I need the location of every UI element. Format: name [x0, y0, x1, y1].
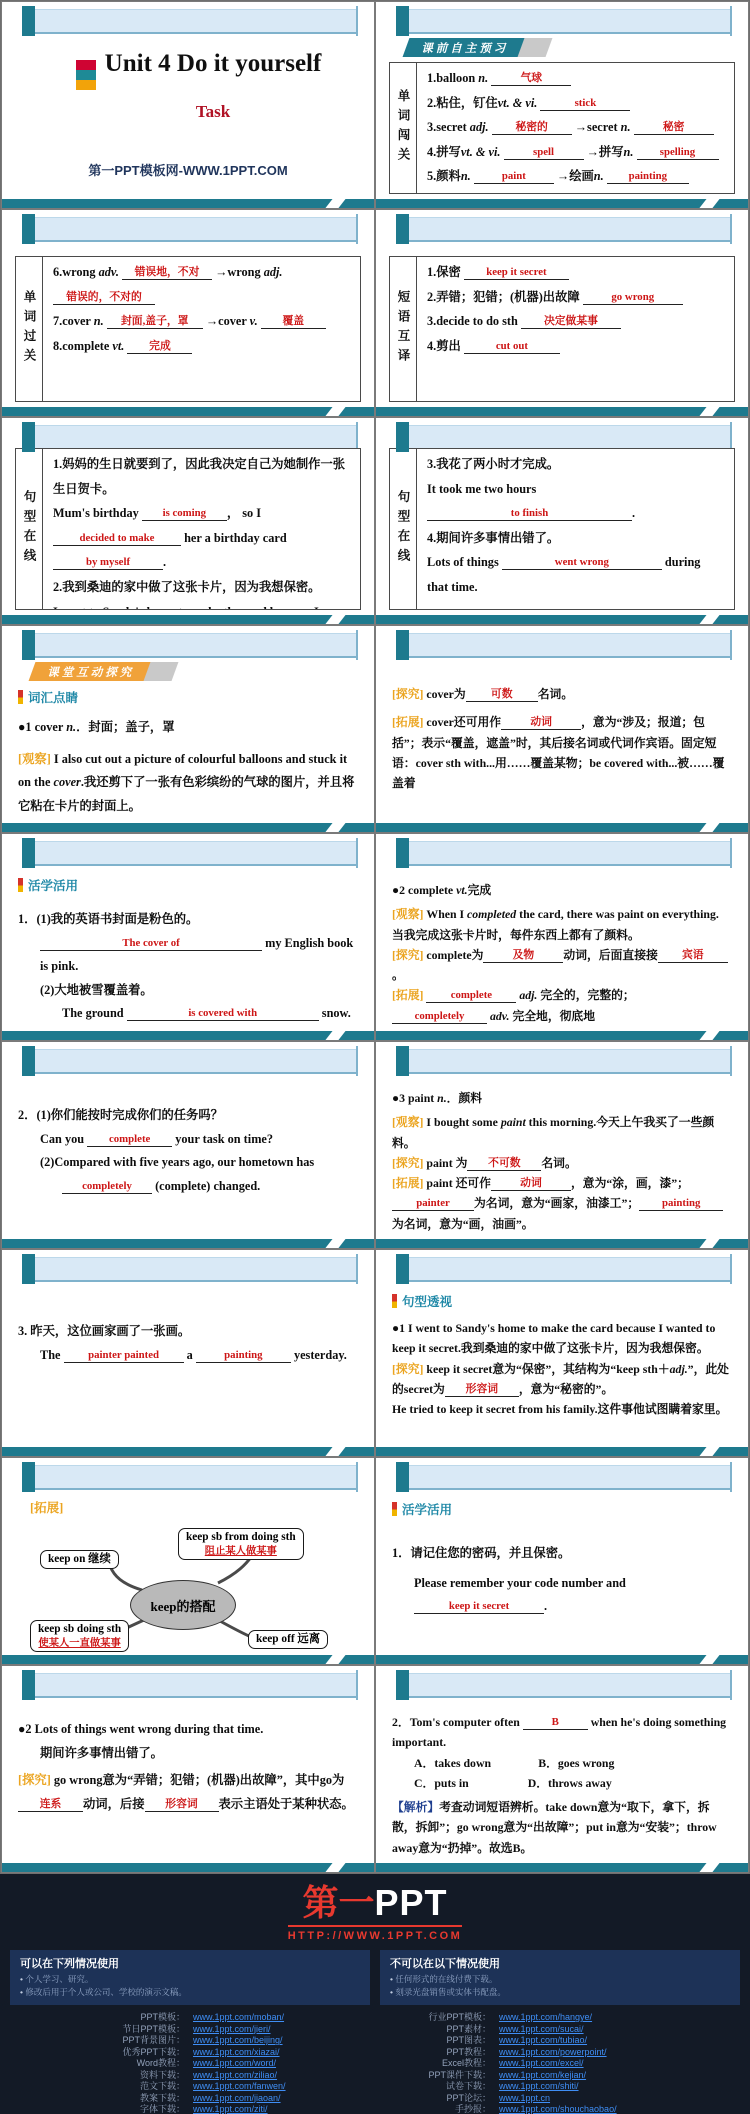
- table-side-label: 短语互译: [390, 257, 417, 401]
- usage-denied-box: 不可以在以下情况使用 任何形式的在线付费下载。刻录光盘销售或实体书配盘。: [380, 1950, 740, 2005]
- text-run: 3. 昨天，这位画家画了一张画。: [18, 1324, 190, 1338]
- accent-square-icon: [396, 1462, 409, 1492]
- slide-top-band: [22, 9, 358, 34]
- diagram-node-en: keep on 继续: [48, 1553, 111, 1565]
- answer-blank: cut out: [464, 340, 560, 354]
- footer-link[interactable]: www.1ppt.com/fanwen/: [193, 2081, 371, 2092]
- text-run: (complete) changed.: [152, 1179, 260, 1193]
- text-line: completely adv. 完全地，彻底地: [392, 1006, 732, 1026]
- text-run: complete为: [423, 948, 483, 962]
- text-run: ，意为“涂，画，漆”；: [571, 1176, 689, 1190]
- text-run: (2)Compared with five years ago, our hom…: [40, 1155, 314, 1169]
- text-line: 3. 昨天，这位画家画了一张画。: [18, 1320, 358, 1344]
- footer-link[interactable]: www.1ppt.com/hangye/: [499, 2012, 677, 2023]
- text-run: [探究]: [392, 687, 423, 701]
- footer-link[interactable]: www.1ppt.com/excel/: [499, 2058, 677, 2069]
- exercise-table: 句型在线3.我花了两小时才完成。It took me two hours to …: [389, 448, 735, 610]
- slide-top-band: [22, 841, 358, 866]
- accent-bar: [76, 80, 96, 90]
- text-run: vt.: [112, 339, 124, 353]
- footer-link-label: PPT课件下载：: [379, 2070, 491, 2081]
- slide-bottom-bar: [376, 1655, 748, 1664]
- text-run: adj.: [670, 1362, 688, 1376]
- slide-content: 2．(1)你们能按时完成你们的任务吗？Can you complete your…: [2, 1072, 374, 1238]
- text-run: v.: [250, 314, 258, 328]
- slide-content: 句型透视●1 I went to Sandy's home to make th…: [376, 1280, 748, 1446]
- text-line: 1．(1)我的英语书封面是粉色的。: [18, 908, 358, 932]
- accent-square-icon: [396, 1046, 409, 1076]
- text-run: 2．(1)你们能按时完成你们的任务吗？: [18, 1108, 223, 1122]
- slide-bottom-bar: [376, 199, 748, 208]
- text-run: (2)大地被雪覆盖着。: [40, 983, 153, 997]
- text-line: 3.我花了两小时才完成。: [427, 452, 724, 477]
- text-line: ●3 paint n.．颜料: [392, 1088, 732, 1108]
- text-line: 1.保密 keep it secret: [427, 260, 724, 285]
- text-run: C．puts in D．throws away: [414, 1776, 612, 1790]
- text-run: Mum's birthday: [53, 506, 142, 520]
- slide-panel-14: 句型透视●1 I went to Sandy's home to make th…: [376, 1250, 748, 1456]
- text-line: 3.decide to do sth 决定做某事: [427, 309, 724, 334]
- slide-top-band: [396, 9, 732, 34]
- text-line: It took me two hours to finish.: [427, 477, 724, 526]
- diagram-node: keep off 远离: [248, 1630, 328, 1649]
- logo-text-en: PPT: [375, 1882, 448, 1923]
- text-run: The: [40, 1348, 64, 1362]
- text-run: yesterday.: [291, 1348, 347, 1362]
- table-content-cell: 1.保密 keep it secret2.弄错；犯错；(机器)出故障 go wr…: [417, 257, 734, 401]
- text-run: 4.期间许多事情出错了。: [427, 531, 559, 545]
- slide-panel-10: ●2 complete vt.完成[观察] When I completed t…: [376, 834, 748, 1040]
- accent-square-icon: [396, 838, 409, 868]
- text-line: [拓展] complete adj. 完全的，完整的；: [392, 985, 732, 1005]
- text-line: (2)Compared with five years ago, our hom…: [18, 1151, 358, 1175]
- table-side-label: 句型在线: [390, 449, 417, 609]
- footer-link-label: 范文下载：: [73, 2081, 185, 2092]
- table-content-cell: 1.妈妈的生日就要到了，因此我决定自己为她制作一张生日贺卡。Mum's birt…: [43, 449, 360, 609]
- text-run: [拓展]: [392, 988, 423, 1002]
- text-run: 名词。: [541, 1156, 576, 1170]
- answer-blank: completely: [392, 1010, 487, 1024]
- text-run: Please remember your code number and: [414, 1576, 626, 1590]
- text-run: ●2 Lots of things went wrong during that…: [18, 1722, 263, 1736]
- footer-link-label: 资料下载：: [73, 2070, 185, 2081]
- text-run: ●2 complete: [392, 883, 456, 897]
- marker-bar-icon: [392, 1294, 397, 1308]
- diagram-node: keep sb from doing sth阻止某人做某事: [178, 1528, 304, 1560]
- text-run: n.: [461, 169, 471, 183]
- text-run: 6.wrong: [53, 265, 99, 279]
- accent-square-icon: [22, 1670, 35, 1700]
- answer-blank: decided to make: [53, 532, 181, 546]
- answer-blank: spelling: [637, 146, 719, 160]
- section-ribbon: 课堂互动探究: [29, 662, 155, 681]
- text-run: 3.decide to do sth: [427, 314, 521, 328]
- diagram-node-en: keep sb from doing sth: [186, 1531, 296, 1543]
- slide-top-band: [396, 841, 732, 866]
- text-line: 6.wrong adv. 错误地，不对 →wrong adj. 错误的，不对的: [53, 260, 350, 309]
- slide-content: 2．Tom's computer often B when he's doing…: [376, 1696, 748, 1862]
- text-run: 2.弄错；犯错；(机器)出故障: [427, 290, 583, 304]
- text-run: He tried to keep it secret from his fami…: [392, 1402, 727, 1416]
- diagram-node-cn: 使某人一直做某事: [38, 1637, 121, 1650]
- answer-blank: complete: [87, 1133, 172, 1147]
- slide-top-band: [22, 1049, 358, 1074]
- text-run: paint: [501, 1115, 526, 1129]
- text-run: →secret: [572, 120, 621, 134]
- subsection-title: 句型透视: [402, 1292, 452, 1310]
- watermark-site-text: 第一PPT模板网-WWW.1PPT.COM: [2, 160, 374, 179]
- answer-blank: painting: [639, 1197, 723, 1211]
- diagram-node-cn: 阻止某人做某事: [186, 1545, 296, 1558]
- footer-link-label: Word教程：: [73, 2058, 185, 2069]
- answer-blank: 覆盖: [261, 315, 326, 329]
- slide-panel-2: 课前自主预习单词闯关1.balloon n. 气球2.粘住，钉住vt. & vi…: [376, 2, 748, 208]
- footer-link-label: 手抄报：: [379, 2104, 491, 2114]
- footer-link[interactable]: www.1ppt.com/powerpoint/: [499, 2047, 677, 2058]
- text-run: [探究]: [18, 1773, 51, 1787]
- marker-bar-icon: [392, 1502, 397, 1516]
- footer-link-label: 优秀PPT下载：: [73, 2047, 185, 2058]
- accent-square-icon: [22, 422, 35, 452]
- text-run: vt.: [456, 883, 467, 897]
- diagram-node: keep sb doing sth使某人一直做某事: [30, 1620, 129, 1652]
- text-run: paint 为: [423, 1156, 467, 1170]
- slide-panel-13: 3. 昨天，这位画家画了一张画。The painter painted a pa…: [2, 1250, 374, 1456]
- footer-link-label: PPT图表：: [379, 2035, 491, 2046]
- text-line: 4.期间许多事情出错了。: [427, 526, 724, 551]
- slide-panel-8: [探究] cover为可数名词。[拓展] cover还可用作动词，意为“涉及；报…: [376, 626, 748, 832]
- text-run: your task on time?: [172, 1132, 273, 1146]
- slide-bottom-bar: [376, 1447, 748, 1456]
- subsection-header: 句型透视: [392, 1292, 732, 1310]
- text-line: 【解析】考查动词短语辨析。take down意为“取下，拿下，拆散，拆卸”；go…: [392, 1797, 732, 1858]
- usage-terms: 可以在下列情况使用 个人学习、研究。修改后用于个人或公司、学校的演示文稿。 不可…: [10, 1950, 740, 2005]
- footer-link[interactable]: www.1ppt.com/beijing/: [193, 2035, 371, 2046]
- text-line: ●1 cover n.．封面；盖子，罩: [18, 716, 358, 740]
- slide-top-band: [22, 425, 358, 450]
- footer-link[interactable]: www.1ppt.com/xiazai/: [193, 2047, 371, 2058]
- text-line: ●2 Lots of things went wrong during that…: [18, 1718, 358, 1742]
- text-run: I went to Sandy's home to make the card …: [53, 605, 319, 609]
- text-run: ．封面；盖子，罩: [76, 720, 174, 734]
- text-line: [探究] keep it secret意为“保密”，其结构为“keep sth＋…: [392, 1359, 732, 1400]
- answer-blank: 秘密的: [492, 121, 572, 135]
- text-line: 连系动词，后接形容词表示主语处于某种状态。: [18, 1793, 358, 1817]
- answer-blank: by myself: [53, 556, 163, 570]
- text-run: paint 还可作: [423, 1176, 491, 1190]
- text-line: The cover of my English book is pink.: [18, 932, 358, 979]
- accent-square-icon: [22, 1046, 35, 1076]
- text-line: 3.secret adj. 秘密的 →secret n. 秘密: [427, 115, 724, 140]
- slide-content: [探究] cover为可数名词。[拓展] cover还可用作动词，意为“涉及；报…: [376, 656, 748, 822]
- accent-square-icon: [396, 1670, 409, 1700]
- text-run: I bought some: [423, 1115, 500, 1129]
- slide-panel-5: 句型在线1.妈妈的生日就要到了，因此我决定自己为她制作一张生日贺卡。Mum's …: [2, 418, 374, 624]
- usage-allowed-title: 可以在下列情况使用: [20, 1955, 360, 1971]
- site-logo[interactable]: 第一PPT: [302, 1884, 447, 1922]
- marker-bar-icon: [18, 878, 23, 892]
- accent-square-icon: [22, 214, 35, 244]
- text-line: 2．(1)你们能按时完成你们的任务吗？: [18, 1104, 358, 1128]
- answer-blank: 封面,盖子，罩: [107, 315, 203, 329]
- site-url-link[interactable]: HTTP://WWW.1PPT.COM: [288, 1925, 463, 1942]
- slide-bottom-bar: [2, 1239, 374, 1248]
- text-run: [观察]: [18, 752, 51, 766]
- answer-blank: painter: [392, 1197, 474, 1211]
- footer-link-label: 试卷下载：: [379, 2081, 491, 2092]
- footer-link-label: 行业PPT模板：: [379, 2012, 491, 2023]
- text-line: I went to Sandy's home to make the card …: [53, 600, 350, 609]
- slide-bottom-bar: [2, 823, 374, 832]
- accent-square-icon: [22, 1254, 35, 1284]
- answer-blank: 秘密: [634, 121, 714, 135]
- text-run: [观察]: [392, 907, 423, 921]
- footer-link[interactable]: www.1ppt.com/word/: [193, 2058, 371, 2069]
- text-line: 2.我到桑迪的家中做了这张卡片，因为我想保密。: [53, 575, 350, 600]
- text-run: →cover: [203, 314, 250, 328]
- footer-link-label: PPT背景图片：: [73, 2035, 185, 2046]
- slide-top-band: [396, 1257, 732, 1282]
- answer-blank: paint: [474, 170, 554, 184]
- answer-blank: B: [523, 1716, 588, 1730]
- slide-top-band: [22, 217, 358, 242]
- text-run: adv.: [490, 1009, 510, 1023]
- slide-bottom-bar: [2, 615, 374, 624]
- text-run: completed: [467, 907, 516, 921]
- answer-blank: 形容词: [445, 1383, 519, 1397]
- text-run: 动词，后面直接接: [563, 948, 657, 962]
- usage-allowed-item: 修改后用于个人或公司、学校的演示文稿。: [20, 1986, 360, 1999]
- text-run: n.: [437, 1091, 447, 1105]
- exercise-table: 句型在线1.妈妈的生日就要到了，因此我决定自己为她制作一张生日贺卡。Mum's …: [15, 448, 361, 610]
- slide-panel-9: 活学活用1．(1)我的英语书封面是粉色的。The cover of my Eng…: [2, 834, 374, 1040]
- slide-bottom-bar: [2, 199, 374, 208]
- text-run: 完全的，完整的；: [537, 988, 634, 1002]
- text-run: 考查动词短语辨析。take down意为“取下，拿下，拆散，拆卸”；go wro…: [392, 1800, 717, 1855]
- slide-bottom-bar: [376, 1031, 748, 1040]
- text-run: cover还可用作: [423, 715, 501, 729]
- slide-top-band: [396, 1673, 732, 1698]
- text-line: [拓展] paint 还可作动词，意为“涂，画，漆”；painter为名词，意为…: [392, 1173, 732, 1234]
- answer-blank: painting: [196, 1349, 291, 1363]
- text-line: 2.粘住，钉住vt. & vi. stick: [427, 91, 724, 116]
- answer-blank: 不可数: [467, 1157, 541, 1171]
- text-run: 1.妈妈的生日就要到了，因此我决定自己为她制作一张生日贺卡。: [53, 457, 345, 496]
- slide-bottom-bar: [376, 1239, 748, 1248]
- text-run: ●3 paint: [392, 1091, 437, 1105]
- text-run: vt. & vi.: [498, 96, 538, 110]
- answer-blank: 连系: [18, 1798, 83, 1812]
- template-preview-page: Unit 4 Do it yourselfTask第一PPT模板网-WWW.1P…: [0, 0, 750, 2114]
- subsection-header: 活学活用: [18, 876, 358, 894]
- accent-square-icon: [396, 630, 409, 660]
- text-run: →wrong: [212, 265, 264, 279]
- text-run: →绘画: [554, 169, 594, 183]
- text-run: 1．(1)我的英语书封面是粉色的。: [18, 912, 198, 926]
- exercise-table: 单词闯关1.balloon n. 气球2.粘住，钉住vt. & vi. stic…: [389, 62, 735, 194]
- text-run: 4.剪出: [427, 339, 464, 353]
- answer-blank: complete: [426, 989, 516, 1003]
- text-run: 动词，后接: [83, 1797, 145, 1811]
- text-run: adj.: [519, 988, 537, 1002]
- text-run: 1.balloon: [427, 71, 478, 85]
- slide-content: ●3 paint n.．颜料[观察] I bought some paint t…: [376, 1072, 748, 1238]
- text-run: 为名词，意为“画家，油漆工”；: [474, 1196, 639, 1210]
- text-run: Can you: [40, 1132, 87, 1146]
- answer-blank: painter painted: [64, 1349, 184, 1363]
- accent-square-icon: [396, 1254, 409, 1284]
- subsection-title: 活学活用: [402, 1500, 452, 1518]
- text-run: cover: [54, 775, 81, 789]
- text-run: 表示主语处于某种状态。: [219, 1797, 354, 1811]
- footer-link-label: PPT模板：: [73, 2012, 185, 2023]
- footer-link[interactable]: www.1ppt.com/jiaoan/: [193, 2093, 371, 2104]
- text-run: snow.: [319, 1006, 351, 1020]
- text-run: 1．请记住您的密码，并且保密。: [392, 1546, 570, 1560]
- text-line: 4.剪出 cut out: [427, 334, 724, 359]
- footer-link[interactable]: www.1ppt.com/ziliao/: [193, 2070, 371, 2081]
- slide-bottom-bar: [2, 1031, 374, 1040]
- answer-blank: to finish: [427, 507, 632, 521]
- usage-denied-title: 不可以在以下情况使用: [390, 1955, 730, 1971]
- slide-panel-12: ●3 paint n.．颜料[观察] I bought some paint t…: [376, 1042, 748, 1248]
- text-line: [探究] complete为及物动词，后面直接接宾语。: [392, 945, 732, 986]
- accent-square-icon: [22, 1462, 35, 1492]
- text-run: adj.: [264, 265, 283, 279]
- slide-bottom-bar: [2, 1447, 374, 1456]
- slide-content: ●2 Lots of things went wrong during that…: [2, 1696, 374, 1862]
- text-line: 2．Tom's computer often B when he's doing…: [392, 1712, 732, 1753]
- footer-link[interactable]: www.1ppt.com/shouchaobao/: [499, 2104, 677, 2114]
- accent-square-icon: [22, 6, 35, 36]
- slide-content: ●2 complete vt.完成[观察] When I completed t…: [376, 864, 748, 1030]
- footer-link-label: 教案下载：: [73, 2093, 185, 2104]
- text-run: [探究]: [392, 1156, 423, 1170]
- footer-link[interactable]: www.1ppt.com/jieri/: [193, 2024, 371, 2035]
- text-run: go wrong意为“弄错；犯错；(机器)出故障”，其中go为: [51, 1773, 345, 1787]
- text-line: Please remember your code number and kee…: [392, 1572, 732, 1619]
- text-run: 完全地，彻底地: [510, 1009, 596, 1023]
- text-line: 1．请记住您的密码，并且保密。: [392, 1542, 732, 1566]
- text-run: a: [184, 1348, 196, 1362]
- accent-square-icon: [396, 214, 409, 244]
- text-line: [观察] When I completed the card, there wa…: [392, 904, 732, 945]
- usage-allowed-item: 个人学习、研究。: [20, 1973, 360, 1986]
- text-run: n.: [66, 720, 76, 734]
- text-run: 3.secret: [427, 120, 470, 134]
- answer-blank: 完成: [127, 340, 192, 354]
- table-side-label: 单词过关: [16, 257, 43, 401]
- text-line: 1.妈妈的生日就要到了，因此我决定自己为她制作一张生日贺卡。: [53, 452, 350, 501]
- answer-blank: 动词: [501, 716, 581, 730]
- text-line: The ground is covered with snow.: [18, 1002, 358, 1026]
- slide-panel-17: ●2 Lots of things went wrong during that…: [2, 1666, 374, 1872]
- answer-blank: spell: [504, 146, 584, 160]
- footer-link[interactable]: www.1ppt.com/moban/: [193, 2012, 371, 2023]
- text-line: [观察] I bought some paint this morning.今天…: [392, 1112, 732, 1153]
- usage-allowed-box: 可以在下列情况使用 个人学习、研究。修改后用于个人或公司、学校的演示文稿。: [10, 1950, 370, 2005]
- text-run: [拓展]: [392, 1176, 423, 1190]
- text-run: [拓展]: [392, 715, 423, 729]
- footer-link[interactable]: www.1ppt.com/sucai/: [499, 2024, 677, 2035]
- usage-denied-list: 任何形式的在线付费下载。刻录光盘销售或实体书配盘。: [390, 1973, 730, 1999]
- text-run: 1.保密: [427, 265, 464, 279]
- text-run: cover为: [423, 687, 465, 701]
- answer-blank: keep it secret: [464, 266, 569, 280]
- slide-panel-6: 句型在线3.我花了两小时才完成。It took me two hours to …: [376, 418, 748, 624]
- text-run: n.: [478, 71, 488, 85]
- table-side-label: 句型在线: [16, 449, 43, 609]
- exercise-table: 短语互译1.保密 keep it secret2.弄错；犯错；(机器)出故障 g…: [389, 256, 735, 402]
- text-line: ●2 complete vt.完成: [392, 880, 732, 900]
- text-run: n.: [621, 120, 631, 134]
- text-line: Can you complete your task on time?: [18, 1128, 358, 1152]
- slide-top-band: [22, 1673, 358, 1698]
- answer-blank: is covered with: [127, 1007, 319, 1021]
- text-run: .: [163, 555, 166, 569]
- section-ribbon-label: 课前自主预习: [421, 40, 508, 59]
- footer-link[interactable]: www.1ppt.cn: [499, 2093, 677, 2104]
- slide-top-band: [396, 217, 732, 242]
- answer-blank: go wrong: [583, 291, 683, 305]
- text-run: The ground: [62, 1006, 127, 1020]
- text-run: It took me two hours: [427, 482, 536, 496]
- footer-links-grid: PPT模板：www.1ppt.com/moban/行业PPT模板：www.1pp…: [73, 2012, 677, 2114]
- text-line: C．puts in D．throws away: [392, 1773, 732, 1793]
- answer-blank: 气球: [491, 72, 571, 86]
- slide-panel-7: 课堂互动探究词汇点睛●1 cover n.．封面；盖子，罩[观察] I also…: [2, 626, 374, 832]
- answer-blank: 及物: [483, 949, 563, 963]
- text-run: n.: [94, 314, 104, 328]
- text-run: 2．Tom's computer often: [392, 1715, 523, 1729]
- text-run: 7.cover: [53, 314, 94, 328]
- footer-link[interactable]: www.1ppt.com/kejian/: [499, 2070, 677, 2081]
- footer-link[interactable]: www.1ppt.com/tubiao/: [499, 2035, 677, 2046]
- text-run: 4.拼写: [427, 145, 461, 159]
- text-run: 5.颜料: [427, 169, 461, 183]
- text-run: When I: [423, 907, 467, 921]
- subsection-header: 词汇点睛: [18, 688, 358, 706]
- slide-content: 活学活用1．请记住您的密码，并且保密。Please remember your …: [376, 1488, 748, 1654]
- answer-blank: is coming: [142, 507, 227, 521]
- text-run: n.: [624, 145, 634, 159]
- slide-bottom-bar: [2, 407, 374, 416]
- footer-link[interactable]: www.1ppt.com/shiti/: [499, 2081, 677, 2092]
- text-line: [探究] go wrong意为“弄错；犯错；(机器)出故障”，其中go为: [18, 1769, 358, 1793]
- usage-denied-item: 刻录光盘销售或实体书配盘。: [390, 1986, 730, 1999]
- text-run: adv.: [99, 265, 119, 279]
- text-run: 8.complete: [53, 339, 112, 353]
- usage-allowed-list: 个人学习、研究。修改后用于个人或公司、学校的演示文稿。: [20, 1973, 360, 1999]
- slide-panel-3: 单词过关6.wrong adv. 错误地，不对 →wrong adj. 错误的，…: [2, 210, 374, 416]
- slide-panel-15: [拓展]keep的搭配keep on 继续keep sb from doing …: [2, 1458, 374, 1664]
- slide-title: Unit 4 Do it yourself: [62, 50, 364, 78]
- diagram-node: keep on 继续: [40, 1550, 119, 1569]
- text-line: 2.弄错；犯错；(机器)出故障 go wrong: [427, 285, 724, 310]
- footer-link-label: 字体下载：: [73, 2104, 185, 2114]
- text-run: ．颜料: [447, 1091, 482, 1105]
- text-line: Lots of things went wrong during that ti…: [427, 550, 724, 599]
- answer-blank: The cover of: [40, 937, 262, 951]
- text-run: 期间许多事情出错了。: [40, 1746, 163, 1760]
- answer-blank: 错误的，不对的: [53, 291, 155, 305]
- text-run: vt. & vi.: [461, 145, 501, 159]
- footer-link[interactable]: www.1ppt.com/ziti/: [193, 2104, 371, 2114]
- text-line: 4.拼写vt. & vi. spell →拼写n. spelling: [427, 140, 724, 165]
- diagram-node-en: keep off 远离: [256, 1633, 320, 1645]
- table-content-cell: 3.我花了两小时才完成。It took me two hours to fini…: [417, 449, 734, 609]
- answer-blank: stick: [540, 97, 630, 111]
